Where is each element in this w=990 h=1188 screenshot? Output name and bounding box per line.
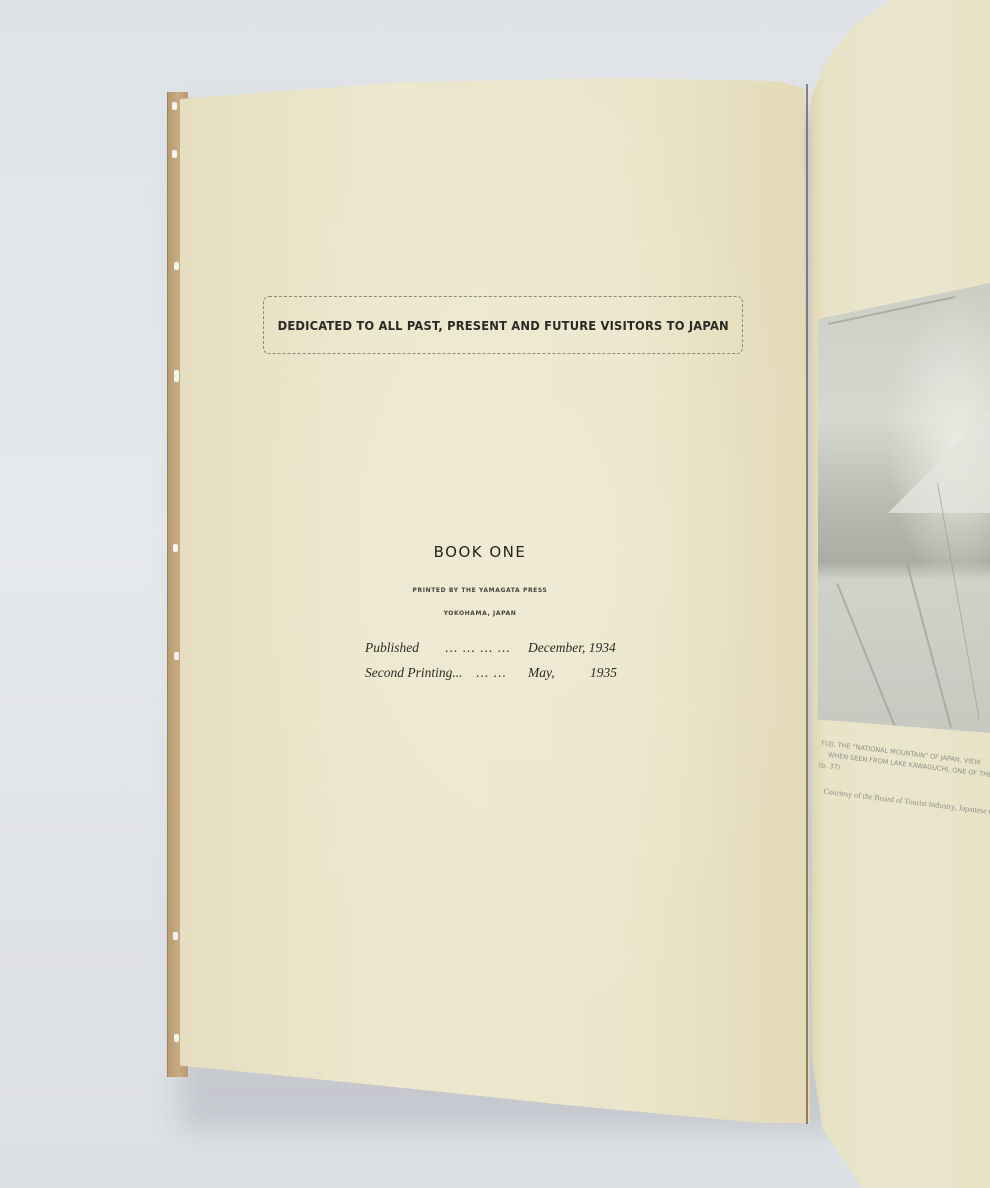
board-wear-chip [172, 102, 177, 110]
board-wear-chip [174, 652, 179, 660]
leader-dots: ... ... [476, 665, 507, 681]
page-gutter [806, 84, 808, 1124]
book-photo-scene: DEDICATED TO ALL PAST, PRESENT AND FUTUR… [0, 0, 990, 1188]
left-page [180, 78, 810, 1123]
publication-year: 1935 [590, 665, 617, 681]
publication-label: Published [365, 640, 419, 656]
blossom-branch [906, 563, 952, 728]
publication-date: December, 1934 [528, 640, 616, 656]
board-wear-chip [174, 1034, 179, 1042]
publication-label: Second Printing... [365, 665, 463, 681]
frontispiece-photo [818, 283, 990, 733]
blossom-branch [836, 583, 898, 732]
board-wear-chip [173, 932, 178, 940]
board-wear-chip [173, 544, 178, 552]
book-title: BOOK ONE [390, 543, 570, 561]
dedication-text: DEDICATED TO ALL PAST, PRESENT AND FUTUR… [277, 318, 728, 333]
board-wear-chip [174, 370, 179, 382]
printer-name: PRINTED BY THE YAMAGATA PRESS [390, 587, 570, 594]
publication-row-first: Published ... ... ... ... December, 1934 [365, 640, 623, 660]
board-wear-chip [174, 262, 179, 270]
printer-location: YOKOHAMA, JAPAN [390, 610, 570, 617]
board-wear-chip [172, 150, 177, 158]
dedication-frame: DEDICATED TO ALL PAST, PRESENT AND FUTUR… [263, 296, 743, 354]
publication-month: May, [528, 665, 555, 681]
publication-row-second: Second Printing... ... ... May, 1935 [365, 665, 623, 685]
leader-dots: ... ... ... ... [445, 640, 511, 656]
blossom-branch [937, 483, 980, 720]
